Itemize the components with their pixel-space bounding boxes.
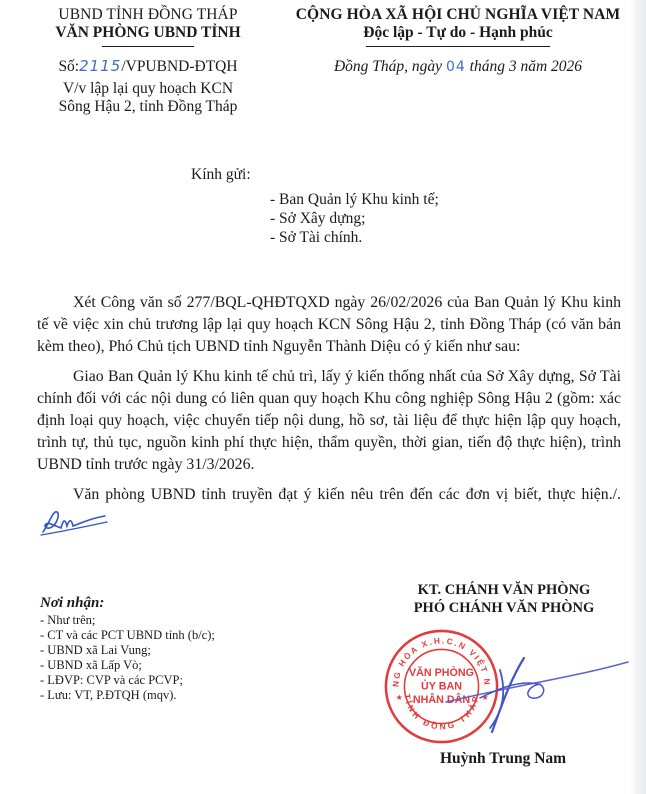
authority-name: UBND TỈNH ĐỒNG THÁP xyxy=(12,6,284,24)
signature-title-1: KT. CHÁNH VĂN PHÒNG xyxy=(368,581,640,599)
svg-text:★: ★ xyxy=(396,693,403,702)
document-body: Xét Công văn số 277/BQL-QHĐTQXD ngày 26/… xyxy=(37,292,621,544)
nation-name: CỘNG HÒA XÃ HỘI CHỦ NGHĨA VIỆT NAM xyxy=(282,6,634,24)
recipients-list: - Như trên; - CT và các PCT UBND tỉnh (b… xyxy=(40,613,215,703)
recipient-item: - Như trên; xyxy=(40,613,215,628)
national-motto: Độc lập - Tự do - Hạnh phúc xyxy=(282,24,634,42)
addressee-item: - Sở Tài chính. xyxy=(270,228,439,247)
recipients-title: Nơi nhận: xyxy=(40,594,215,612)
office-name: VĂN PHÒNG UBND TỈNH xyxy=(12,24,284,42)
recipients-block: Nơi nhận: - Như trên; - CT và các PCT UB… xyxy=(40,594,215,703)
recipient-item: - Lưu: VT, P.ĐTQH (mqv). xyxy=(40,688,215,703)
handwritten-day: 04 xyxy=(446,59,466,75)
body-paragraph: Xét Công văn số 277/BQL-QHĐTQXD ngày 26/… xyxy=(37,292,621,358)
subject-line-2: Sông Hậu 2, tỉnh Đồng Tháp xyxy=(12,98,284,116)
recipient-item: - UBND xã Lấp Vò; xyxy=(40,658,215,673)
signature-titles: KT. CHÁNH VĂN PHÒNG PHÓ CHÁNH VĂN PHÒNG xyxy=(368,581,640,617)
header-right-underline xyxy=(366,46,550,47)
handwritten-signature-icon xyxy=(440,640,630,740)
issuing-agency-header: UBND TỈNH ĐỒNG THÁP VĂN PHÒNG UBND TỈNH … xyxy=(12,6,284,116)
initials-signature-icon xyxy=(39,506,109,536)
date-prefix: Đồng Tháp, ngày xyxy=(334,58,442,75)
page-edge-shadow xyxy=(630,0,646,794)
document-number: Số:2115/VPUBND-ĐTQH xyxy=(12,57,284,76)
header-left-underline xyxy=(102,46,194,47)
recipient-item: - UBND xã Lai Vung; xyxy=(40,643,215,658)
body-paragraph: Giao Ban Quản lý Khu kinh tế chủ trì, lấ… xyxy=(37,366,621,476)
number-suffix: /VPUBND-ĐTQH xyxy=(121,58,237,75)
handwritten-number: 2115 xyxy=(79,57,121,75)
addressee-item: - Sở Xây dựng; xyxy=(270,209,439,228)
signer-name: Huỳnh Trung Nam xyxy=(440,750,566,768)
subject-line-1: V/v lập lại quy hoạch KCN xyxy=(12,80,284,98)
document-date: Đồng Tháp, ngày 04 tháng 3 năm 2026 xyxy=(282,58,634,76)
addressee-list: - Ban Quản lý Khu kinh tế; - Sở Xây dựng… xyxy=(270,190,439,247)
recipient-item: - LĐVP: CVP và các PCVP; xyxy=(40,673,215,688)
addressee-item: - Ban Quản lý Khu kinh tế; xyxy=(270,190,439,209)
addressee-label: Kính gửi: xyxy=(191,166,251,184)
date-suffix: tháng 3 năm 2026 xyxy=(470,58,582,75)
closing-text: Văn phòng UBND tỉnh truyền đạt ý kiến nê… xyxy=(73,486,621,503)
number-prefix: Số: xyxy=(58,58,79,75)
signature-title-2: PHÓ CHÁNH VĂN PHÒNG xyxy=(368,599,640,617)
recipient-item: - CT và các PCT UBND tỉnh (b/c); xyxy=(40,628,215,643)
national-header: CỘNG HÒA XÃ HỘI CHỦ NGHĨA VIỆT NAM Độc l… xyxy=(282,6,634,76)
body-paragraph-closing: Văn phòng UBND tỉnh truyền đạt ý kiến nê… xyxy=(37,484,621,536)
